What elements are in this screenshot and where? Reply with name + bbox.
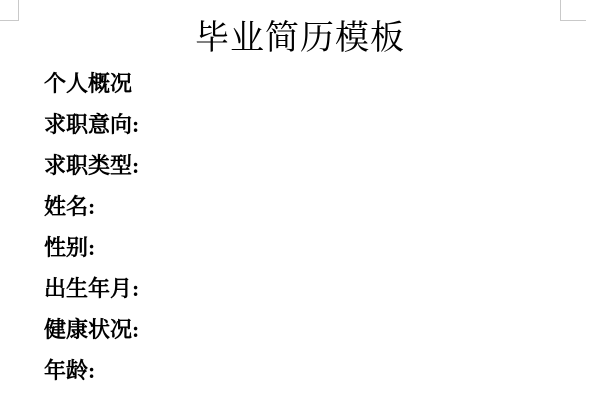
field-label-job-intention: 求职意向:	[44, 112, 139, 153]
section-heading-personal-overview: 个人概况	[44, 71, 139, 112]
field-label-birth-date: 出生年月:	[44, 276, 139, 317]
document-body: 个人概况 求职意向: 求职类型: 姓名: 性别: 出生年月: 健康状况: 年龄:	[44, 71, 139, 399]
field-label-name: 姓名:	[44, 194, 139, 235]
field-label-gender: 性别:	[44, 235, 139, 276]
document-page: 毕业简历模板 个人概况 求职意向: 求职类型: 姓名: 性别: 出生年月: 健康…	[0, 0, 600, 400]
field-label-health-status: 健康状况:	[44, 317, 139, 358]
text-boundary-mark-top-right-vertical	[560, 0, 561, 21]
text-boundary-mark-top-left-vertical	[18, 0, 19, 21]
text-boundary-mark-top-left-horizontal	[0, 20, 19, 21]
field-label-job-type: 求职类型:	[44, 153, 139, 194]
text-boundary-mark-top-right-horizontal	[560, 20, 586, 21]
document-title: 毕业简历模板	[0, 22, 600, 56]
field-label-age: 年龄:	[44, 358, 139, 399]
